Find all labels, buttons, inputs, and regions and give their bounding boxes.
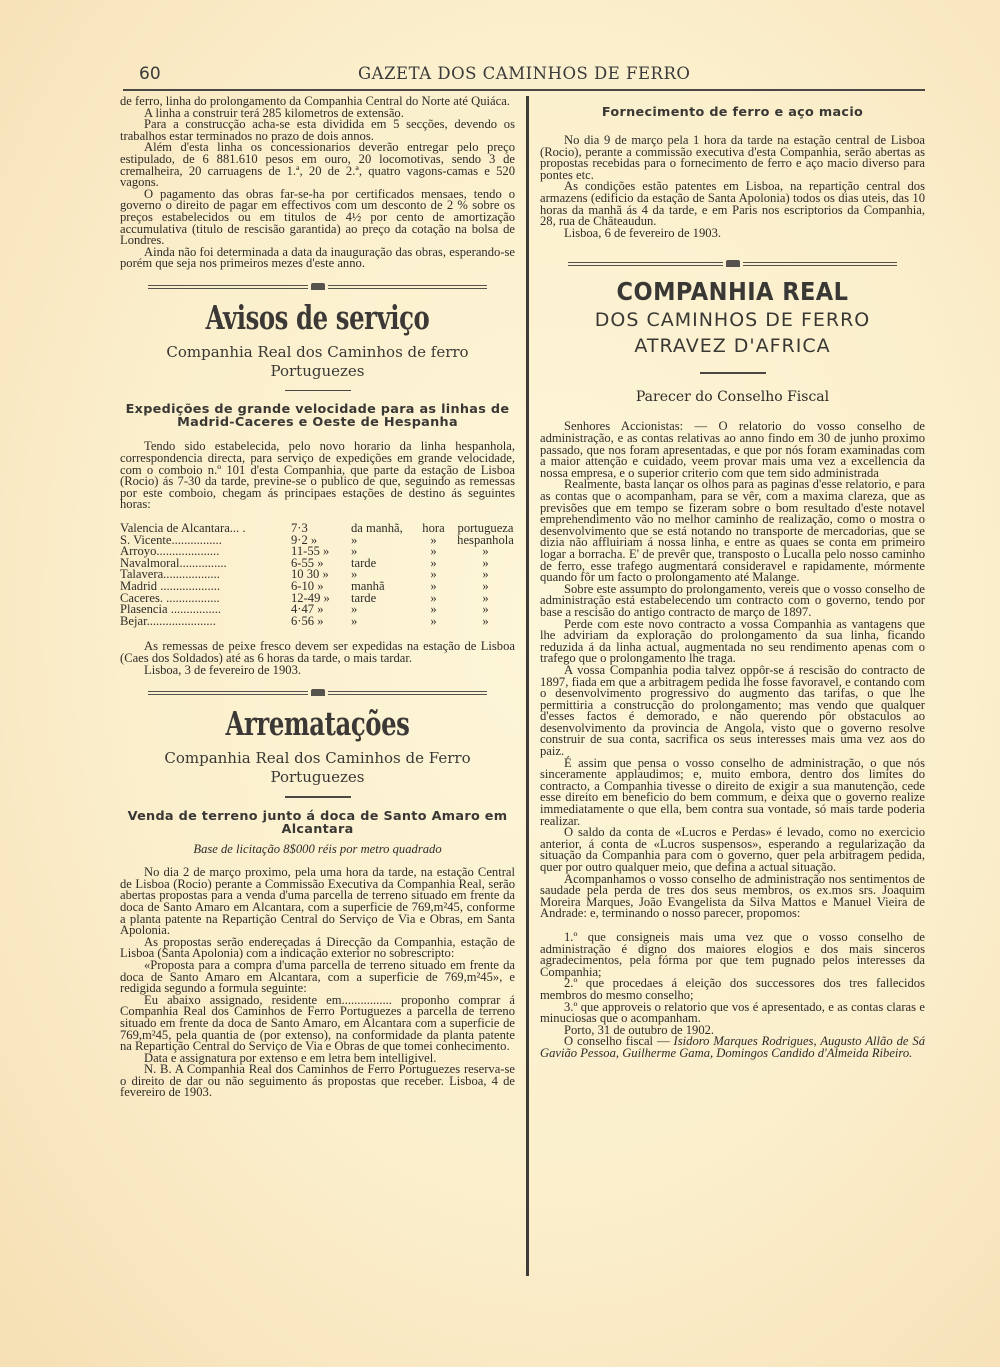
locomotive-icon bbox=[308, 686, 328, 698]
paragraph: Para a construcção acha-se esta dividida… bbox=[120, 119, 515, 142]
paragraph: As condições estão patentes em Lisboa, n… bbox=[540, 181, 925, 227]
timetable-period: tarde bbox=[351, 558, 411, 570]
paragraph: O saldo da conta de «Lucros e Perdas» é … bbox=[540, 827, 925, 873]
locomotive-icon bbox=[723, 257, 743, 269]
paragraph: Acompanhamos o vosso conselho de adminis… bbox=[540, 874, 925, 920]
ornament-divider bbox=[148, 280, 487, 294]
company-title: ATRAVEZ D'AFRICA bbox=[540, 334, 925, 358]
paragraph: Ainda não foi determinada a data da inau… bbox=[120, 247, 515, 270]
company-title: COMPANHIA REAL bbox=[559, 277, 906, 307]
ornament-divider bbox=[568, 257, 897, 271]
section-title-arrematacoes: Arrematações bbox=[156, 704, 480, 744]
paragraph: As propostas serão endereçadas á Direcçã… bbox=[120, 937, 515, 960]
timetable: Valencia de Alcantara... .7·3da manhã,ho… bbox=[120, 523, 515, 627]
paragraph: N. B. A Companhia Real dos Caminhos de F… bbox=[120, 1064, 515, 1099]
dateline: Lisboa, 3 de fevereiro de 1903. bbox=[120, 665, 515, 677]
locomotive-icon bbox=[308, 280, 328, 292]
section-title-avisos: Avisos de serviço bbox=[156, 298, 480, 338]
proposal-item: 2.º que procedaes á eleição dos successo… bbox=[540, 978, 925, 1001]
paragraph: No dia 9 de março pela 1 hora da tarde n… bbox=[540, 135, 925, 181]
base-price: Base de licitação 8$000 réis por metro q… bbox=[120, 844, 515, 856]
header-rule bbox=[123, 89, 925, 91]
paragraph: Além d'esta linha os concessionarios dev… bbox=[120, 142, 515, 188]
timetable-period: tarde bbox=[351, 593, 411, 605]
timetable-period: » bbox=[351, 616, 411, 628]
report-title: Parecer do Conselho Fiscal bbox=[540, 392, 925, 404]
paragraph: No dia 2 de março proximo, pela uma hora… bbox=[120, 867, 515, 937]
page-number: 60 bbox=[139, 64, 161, 84]
company-name: Companhia Real dos Caminhos de ferro bbox=[120, 344, 515, 361]
proposal-item: 3.º que approveis o relatorio que vos é … bbox=[540, 1002, 925, 1025]
timetable-period: » bbox=[351, 535, 411, 547]
paragraph: Sobre este assumpto do prolongamento, ve… bbox=[540, 584, 925, 619]
right-column: Fornecimento de ferro e aço macio No dia… bbox=[540, 104, 925, 1060]
dateline: Lisboa, 6 de fevereiro de 1903. bbox=[540, 228, 925, 240]
paragraph: Senhores Accionistas: — O relatorio do v… bbox=[540, 421, 925, 479]
short-divider bbox=[285, 796, 351, 798]
proposal-item: 1.º que consigneis mais uma vez que o vo… bbox=[540, 932, 925, 978]
paragraph: Eu abaixo assignado, residente em.......… bbox=[120, 995, 515, 1053]
timetable-hora: » bbox=[411, 616, 456, 628]
timetable-period: » bbox=[351, 604, 411, 616]
paragraph: As remessas de peixe fresco devem ser ex… bbox=[120, 641, 515, 664]
signature-block: O conselho fiscal — Isidoro Marques Rodr… bbox=[540, 1036, 925, 1059]
subsection-title: Venda de terreno junto á doca de Santo A… bbox=[120, 810, 515, 836]
timetable-period: da manhã, bbox=[351, 523, 411, 535]
timetable-zone: » bbox=[456, 616, 515, 628]
timetable-time: 6·56 » bbox=[275, 616, 351, 628]
left-column: de ferro, linha do prolongamento da Comp… bbox=[120, 96, 515, 1099]
company-name: Companhia Real dos Caminhos de Ferro bbox=[120, 750, 515, 767]
company-name: Portuguezes bbox=[120, 769, 515, 786]
paragraph: Perde com este novo contracto a vossa Co… bbox=[540, 619, 925, 665]
paragraph: Realmente, basta lançar os olhos para as… bbox=[540, 479, 925, 583]
column-divider bbox=[526, 96, 529, 1276]
paragraph: O pagamento das obras far-se-ha por cert… bbox=[120, 189, 515, 247]
timetable-row: Bejar......................6·56 »»»» bbox=[120, 616, 515, 628]
paragraph: A vossa Companhia podia talvez oppôr-se … bbox=[540, 665, 925, 758]
subsection-title: Fornecimento de ferro e aço macio bbox=[540, 106, 925, 119]
paragraph: Tendo sido estabelecida, pelo novo horar… bbox=[120, 441, 515, 511]
timetable-station: Bejar...................... bbox=[120, 616, 275, 628]
subsection-title: Expedições de grande velocidade para as … bbox=[120, 403, 515, 429]
running-head: GAZETA DOS CAMINHOS DE FERRO bbox=[358, 64, 690, 83]
short-divider bbox=[700, 372, 766, 374]
company-title: DOS CAMINHOS DE FERRO bbox=[540, 307, 925, 334]
paragraph: «Proposta para a compra d'uma parcella d… bbox=[120, 960, 515, 995]
paragraph: É assim que pensa o vosso conselho de ad… bbox=[540, 758, 925, 828]
company-name: Portuguezes bbox=[120, 363, 515, 380]
short-divider bbox=[285, 390, 351, 392]
ornament-divider bbox=[148, 686, 487, 700]
